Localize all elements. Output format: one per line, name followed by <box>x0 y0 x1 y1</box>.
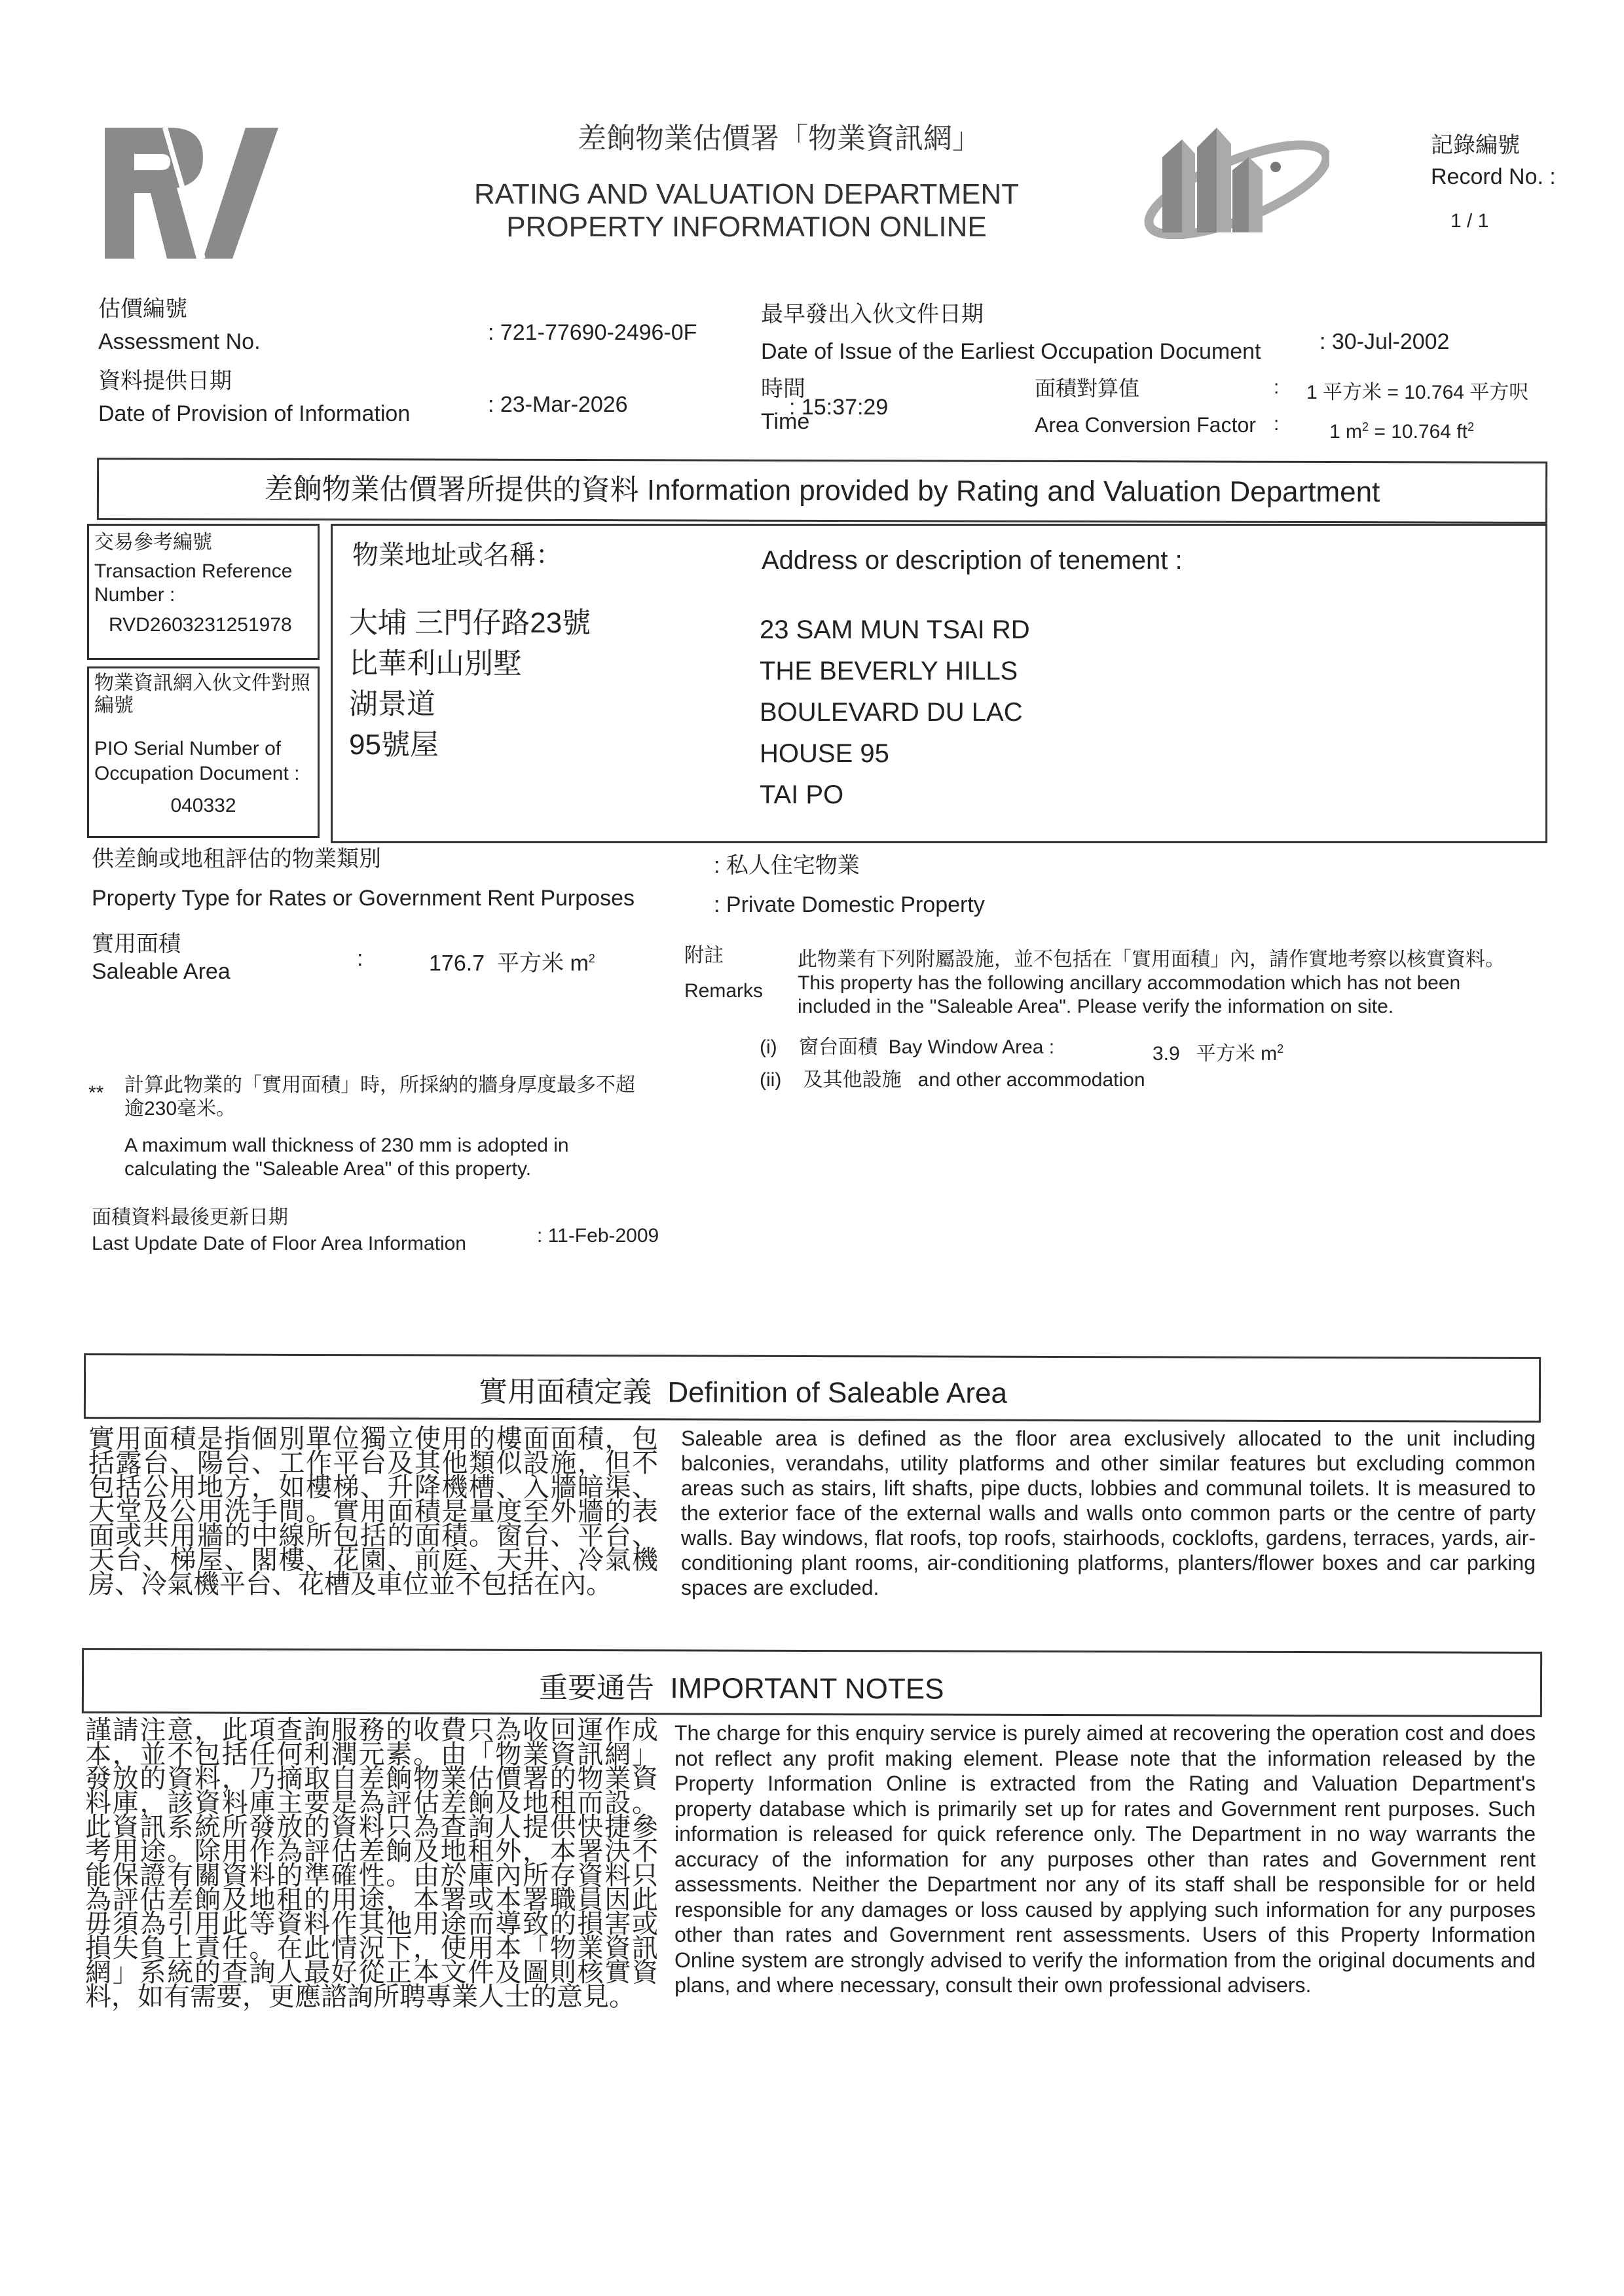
conversion-label-zh: 面積對算值 <box>1035 374 1139 402</box>
notes-heading-en: IMPORTANT NOTES <box>670 1672 944 1705</box>
item-en: Bay Window Area : <box>889 1036 1054 1058</box>
pio-value: 040332 <box>89 786 318 819</box>
notes-body-zh: 謹請注意，此項查詢服務的收費只為收回運作成本，並不包括任何利潤元素。由「物業資訊… <box>85 1719 658 2009</box>
notes-heading-box: 重要通告 IMPORTANT NOTES <box>82 1648 1542 1717</box>
definition-body-en: Saleable area is defined as the floor ar… <box>681 1426 1536 1600</box>
rv-logo-icon <box>105 128 327 259</box>
buildings-logo-icon <box>1133 128 1329 239</box>
transaction-ref-box: 交易參考編號 Transaction Reference Number : RV… <box>87 524 320 660</box>
saleable-label-zh: 實用面積 <box>92 930 181 958</box>
wall-note-zh: 計算此物業的「實用面積」時，所採納的牆身厚度最多不超逾230毫米。 <box>124 1074 635 1121</box>
type-label-en: Property Type for Rates or Government Re… <box>92 884 635 913</box>
record-label-en: Record No. : <box>1431 162 1556 191</box>
assessment-label-zh: 估價編號 <box>98 295 187 323</box>
record-value: 1 / 1 <box>1450 208 1488 234</box>
address-zh-line: 湖景道 <box>349 684 591 725</box>
txn-label-en: Transaction Reference Number : <box>89 556 318 607</box>
update-label-zh: 面積資料最後更新日期 <box>92 1205 288 1231</box>
saleable-number: 176.7 <box>429 951 485 975</box>
definition-heading-zh: 實用面積定義 <box>479 1376 652 1409</box>
pio-label-zh: 物業資訊網入伙文件對照編號 <box>89 668 318 717</box>
conversion-value-en: 1 m2 = 10.764 ft2 <box>1329 414 1474 445</box>
type-label-zh: 供差餉或地租評估的物業類別 <box>92 845 381 873</box>
address-en-line: THE BEVERLY HILLS <box>760 651 1030 692</box>
definition-body-zh: 實用面積是指個別單位獨立使用的樓面面積，包括露台、陽台、工作平台及其他類似設施，… <box>88 1427 658 1597</box>
sup: 2 <box>589 952 595 965</box>
update-label-en: Last Update Date of Floor Area Informati… <box>92 1231 466 1257</box>
item-zh: 及其他設施 <box>803 1069 902 1091</box>
wall-note-en: A maximum wall thickness of 230 mm is ad… <box>124 1134 635 1181</box>
conversion-colon: : <box>1274 374 1279 401</box>
provision-value: : 23-Mar-2026 <box>488 390 628 419</box>
info-section-heading: 差餉物業估價署所提供的資料 Information provided by Ra… <box>99 460 1545 511</box>
txn-label-zh: 交易參考編號 <box>89 526 318 556</box>
remark-item-2: (ii) 及其他設施 and other accommodation <box>760 1067 1145 1093</box>
bay-window-value: 3.9 平方米 m2 <box>1153 1036 1283 1067</box>
address-en-line: BOULEVARD DU LAC <box>760 692 1030 733</box>
occupation-label-zh: 最早發出入伙文件日期 <box>761 300 984 329</box>
address-label-en: Address or description of tenement : <box>762 544 1183 577</box>
conversion-m: 1 m <box>1329 421 1362 443</box>
pio-serial-box: 物業資訊網入伙文件對照編號 PIO Serial Number of Occup… <box>87 666 320 838</box>
conversion-ft: = 10.764 ft <box>1369 421 1467 443</box>
info-section-heading-box: 差餉物業估價署所提供的資料 Information provided by Ra… <box>97 458 1547 524</box>
address-box: 物業地址或名稱： Address or description of tenem… <box>331 524 1547 843</box>
pio-label-en: PIO Serial Number of Occupation Document… <box>89 717 318 786</box>
remarks-label-en: Remarks <box>684 978 763 1004</box>
saleable-colon: : <box>357 944 363 973</box>
saleable-label-en: Saleable Area <box>92 957 231 986</box>
saleable-value: 176.7 平方米 m2 <box>429 944 595 977</box>
item-zh: 窗台面積 <box>799 1036 877 1058</box>
record-label-zh: 記錄編號 <box>1431 131 1520 160</box>
occupation-label-en: Date of Issue of the Earliest Occupation… <box>761 337 1261 366</box>
bay-number: 3.9 <box>1153 1043 1180 1065</box>
provision-label-en: Date of Provision of Information <box>98 399 410 428</box>
wall-note-marker: ** <box>88 1080 103 1106</box>
time-value: : 15:37:29 <box>789 393 888 422</box>
assessment-value: : 721-77690-2496-0F <box>488 318 697 347</box>
address-zh-line: 大埔 三門仔路23號 <box>349 603 591 644</box>
update-value: : 11-Feb-2009 <box>537 1223 659 1249</box>
remarks-zh: 此物業有下列附屬設施，並不包括在「實用面積」內，請作實地考察以核實資料。 <box>798 947 1551 973</box>
address-en-list: 23 SAM MUN TSAI RD THE BEVERLY HILLS BOU… <box>760 610 1030 816</box>
occupation-value: : 30-Jul-2002 <box>1319 327 1449 356</box>
header-title-en-1: RATING AND VALUATION DEPARTMENT <box>406 177 1087 212</box>
conversion-value-zh: 1 平方米 = 10.764 平方呎 <box>1306 380 1528 406</box>
address-zh-line: 比華利山別墅 <box>349 644 591 684</box>
sup: 2 <box>1277 1042 1283 1055</box>
remarks-en: This property has the following ancillar… <box>798 972 1538 1019</box>
assessment-label-en: Assessment No. <box>98 327 261 356</box>
txn-value: RVD2603231251978 <box>89 607 318 638</box>
address-en-line: TAI PO <box>760 774 1030 816</box>
definition-heading-en: Definition of Saleable Area <box>667 1376 1007 1409</box>
item-en: and other accommodation <box>918 1069 1145 1091</box>
address-zh-list: 大埔 三門仔路23號 比華利山別墅 湖景道 95號屋 <box>349 603 591 765</box>
header-title-zh: 差餉物業估價署「物業資訊網」 <box>458 121 1100 156</box>
remark-item-1: (i) 窗台面積 Bay Window Area : <box>760 1034 1054 1061</box>
notes-heading-zh: 重要通告 <box>539 1672 654 1704</box>
sup: 2 <box>1467 420 1474 433</box>
item-num: (i) <box>760 1036 777 1058</box>
address-zh-line: 95號屋 <box>349 725 591 765</box>
provision-label-zh: 資料提供日期 <box>98 367 232 395</box>
address-label-zh: 物業地址或名稱： <box>352 539 562 572</box>
sup: 2 <box>1362 420 1369 433</box>
notes-heading: 重要通告 IMPORTANT NOTES <box>539 1671 944 1707</box>
conversion-colon-2: : <box>1274 411 1279 437</box>
saleable-unit: 平方米 m <box>497 951 589 975</box>
header-title-en-2: PROPERTY INFORMATION ONLINE <box>406 210 1087 245</box>
item-num: (ii) <box>760 1069 781 1091</box>
remarks-label-zh: 附註 <box>684 943 724 969</box>
conversion-label-en: Area Conversion Factor <box>1035 411 1256 439</box>
type-value-zh: : 私人住宅物業 <box>714 851 860 880</box>
definition-heading-box: 實用面積定義 Definition of Saleable Area <box>84 1353 1541 1423</box>
address-en-line: HOUSE 95 <box>760 733 1030 774</box>
type-value-en: : Private Domestic Property <box>714 890 985 919</box>
notes-body-en: The charge for this enquiry service is p… <box>674 1721 1536 1998</box>
address-en-line: 23 SAM MUN TSAI RD <box>760 610 1030 651</box>
definition-heading: 實用面積定義 Definition of Saleable Area <box>479 1375 1007 1412</box>
bay-unit: 平方米 m <box>1196 1043 1277 1065</box>
